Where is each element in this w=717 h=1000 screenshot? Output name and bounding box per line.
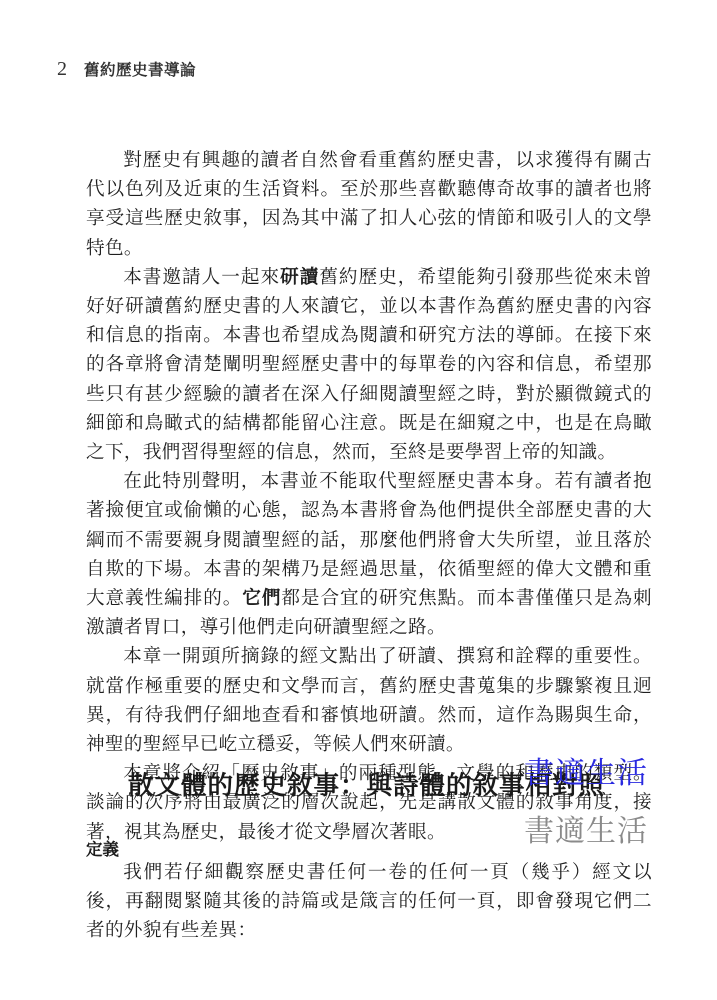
subheading-definition: 定義 [86,836,119,860]
paragraph-2: 本書邀請人一起來研讀舊約歷史，希望能夠引發那些從來未曾好好研讀舊約歷史書的人來讀… [86,263,652,467]
paragraph-2-pre: 本書邀請人一起來 [123,267,280,288]
emphasis-study: 研讀 [280,267,319,288]
paragraph-2-post: 舊約歷史，希望能夠引發那些從來未曾好好研讀舊約歷史書的人來讀它，並以本書作為舊約… [86,267,652,463]
watermark-gray: 書適生活 [524,806,648,850]
running-title: 舊約歷史書導論 [84,58,196,80]
running-header: 2 舊約歷史書導論 [57,58,196,84]
section-paragraph-1: 我們若仔細觀察歷史書任何一卷的任何一頁（幾乎）經文以後，再翻閱緊隨其後的詩篇或是… [86,858,652,946]
emphasis-they: 它們 [242,588,281,609]
intro-body: 對歷史有興趣的讀者自然會看重舊約歷史書，以求獲得有關古代以色列及近東的生活資料。… [86,146,652,847]
watermark-blue: 書適生活 [524,748,648,792]
section-body: 我們若仔細觀察歷史書任何一卷的任何一頁（幾乎）經文以後，再翻閱緊隨其後的詩篇或是… [86,858,652,946]
paragraph-1: 對歷史有興趣的讀者自然會看重舊約歷史書，以求獲得有關古代以色列及近東的生活資料。… [86,146,652,263]
page-number: 2 [57,58,84,81]
paragraph-4: 本章一開頭所摘錄的經文點出了研讀、撰寫和詮釋的重要性。就當作極重要的歷史和文學而… [86,642,652,759]
paragraph-3: 在此特別聲明，本書並不能取代聖經歷史書本身。若有讀者抱著撿便宜或偷懶的心態，認為… [86,467,652,642]
